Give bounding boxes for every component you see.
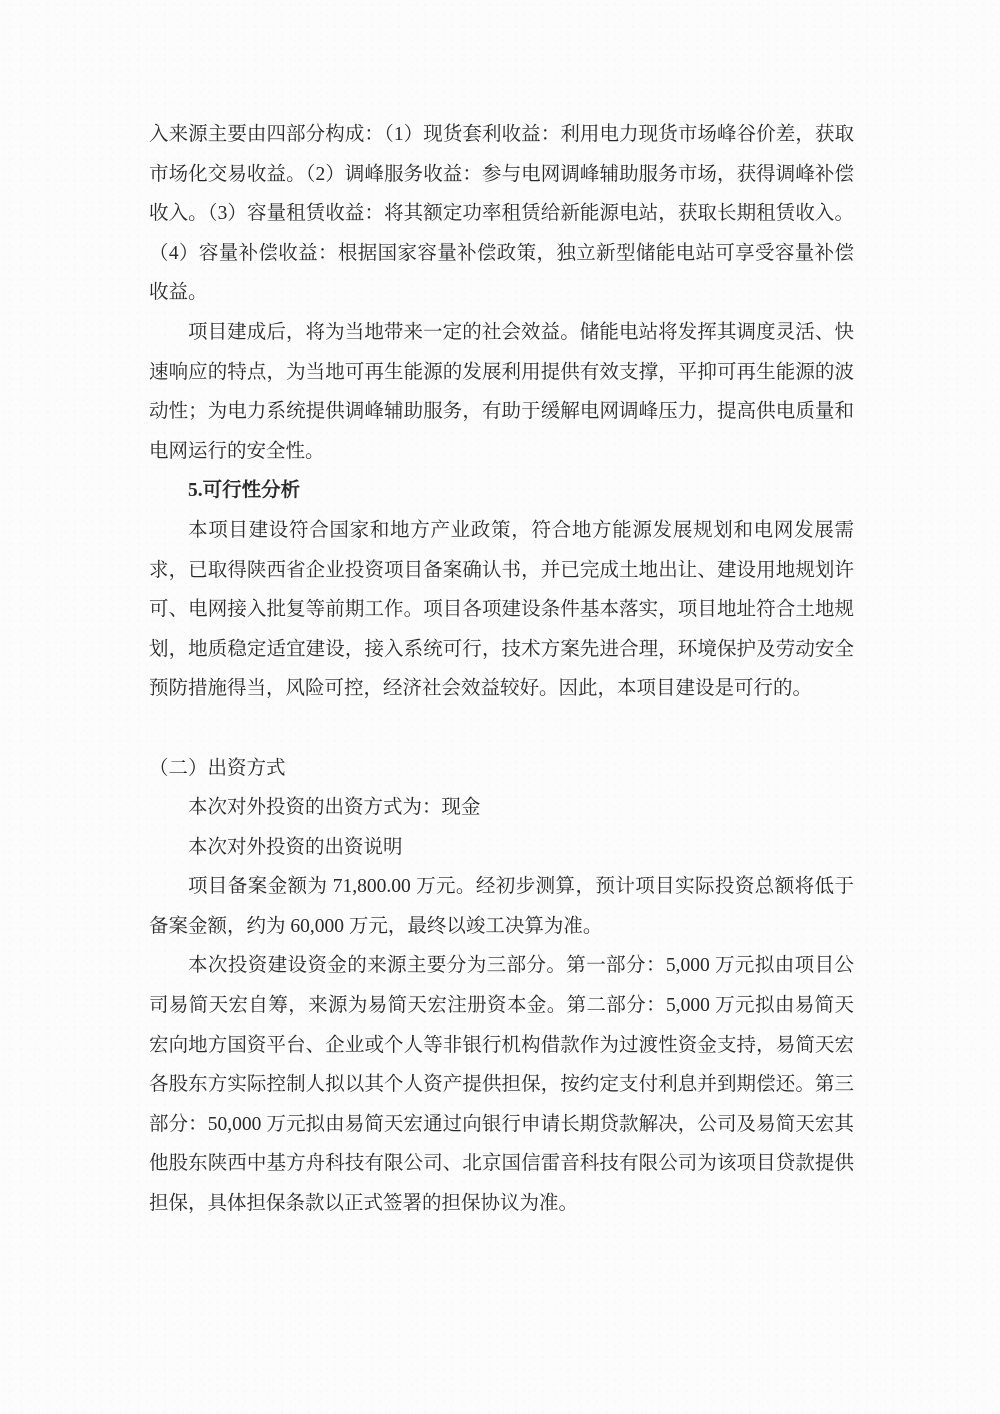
section-title-contribution-method: （二）出资方式 xyxy=(149,749,854,789)
paragraph-feasibility-conclusion: 本项目建设符合国家和地方产业政策，符合地方能源发展规划和电网发展需求，已取得陕西… xyxy=(149,511,854,709)
paragraph-filing-amount: 项目备案金额为 71,800.00 万元。经初步测算，预计项目实际投资总额将低于… xyxy=(149,867,854,946)
paragraph-social-benefits: 项目建成后，将为当地带来一定的社会效益。储能电站将发挥其调度灵活、快速响应的特点… xyxy=(149,313,854,471)
paragraph-funding-sources: 本次投资建设资金的来源主要分为三部分。第一部分：5,000 万元拟由项目公司易简… xyxy=(149,946,854,1223)
heading-feasibility-analysis: 5.可行性分析 xyxy=(149,471,854,511)
paragraph-revenue-sources: 入来源主要由四部分构成：（1）现货套利收益：利用电力现货市场峰谷价差，获取市场化… xyxy=(149,115,854,313)
paragraph-contribution-description: 本次对外投资的出资说明 xyxy=(149,828,854,868)
paragraph-contribution-method: 本次对外投资的出资方式为：现金 xyxy=(149,788,854,828)
document-page: 入来源主要由四部分构成：（1）现货套利收益：利用电力现货市场峰谷价差，获取市场化… xyxy=(0,0,1000,1414)
